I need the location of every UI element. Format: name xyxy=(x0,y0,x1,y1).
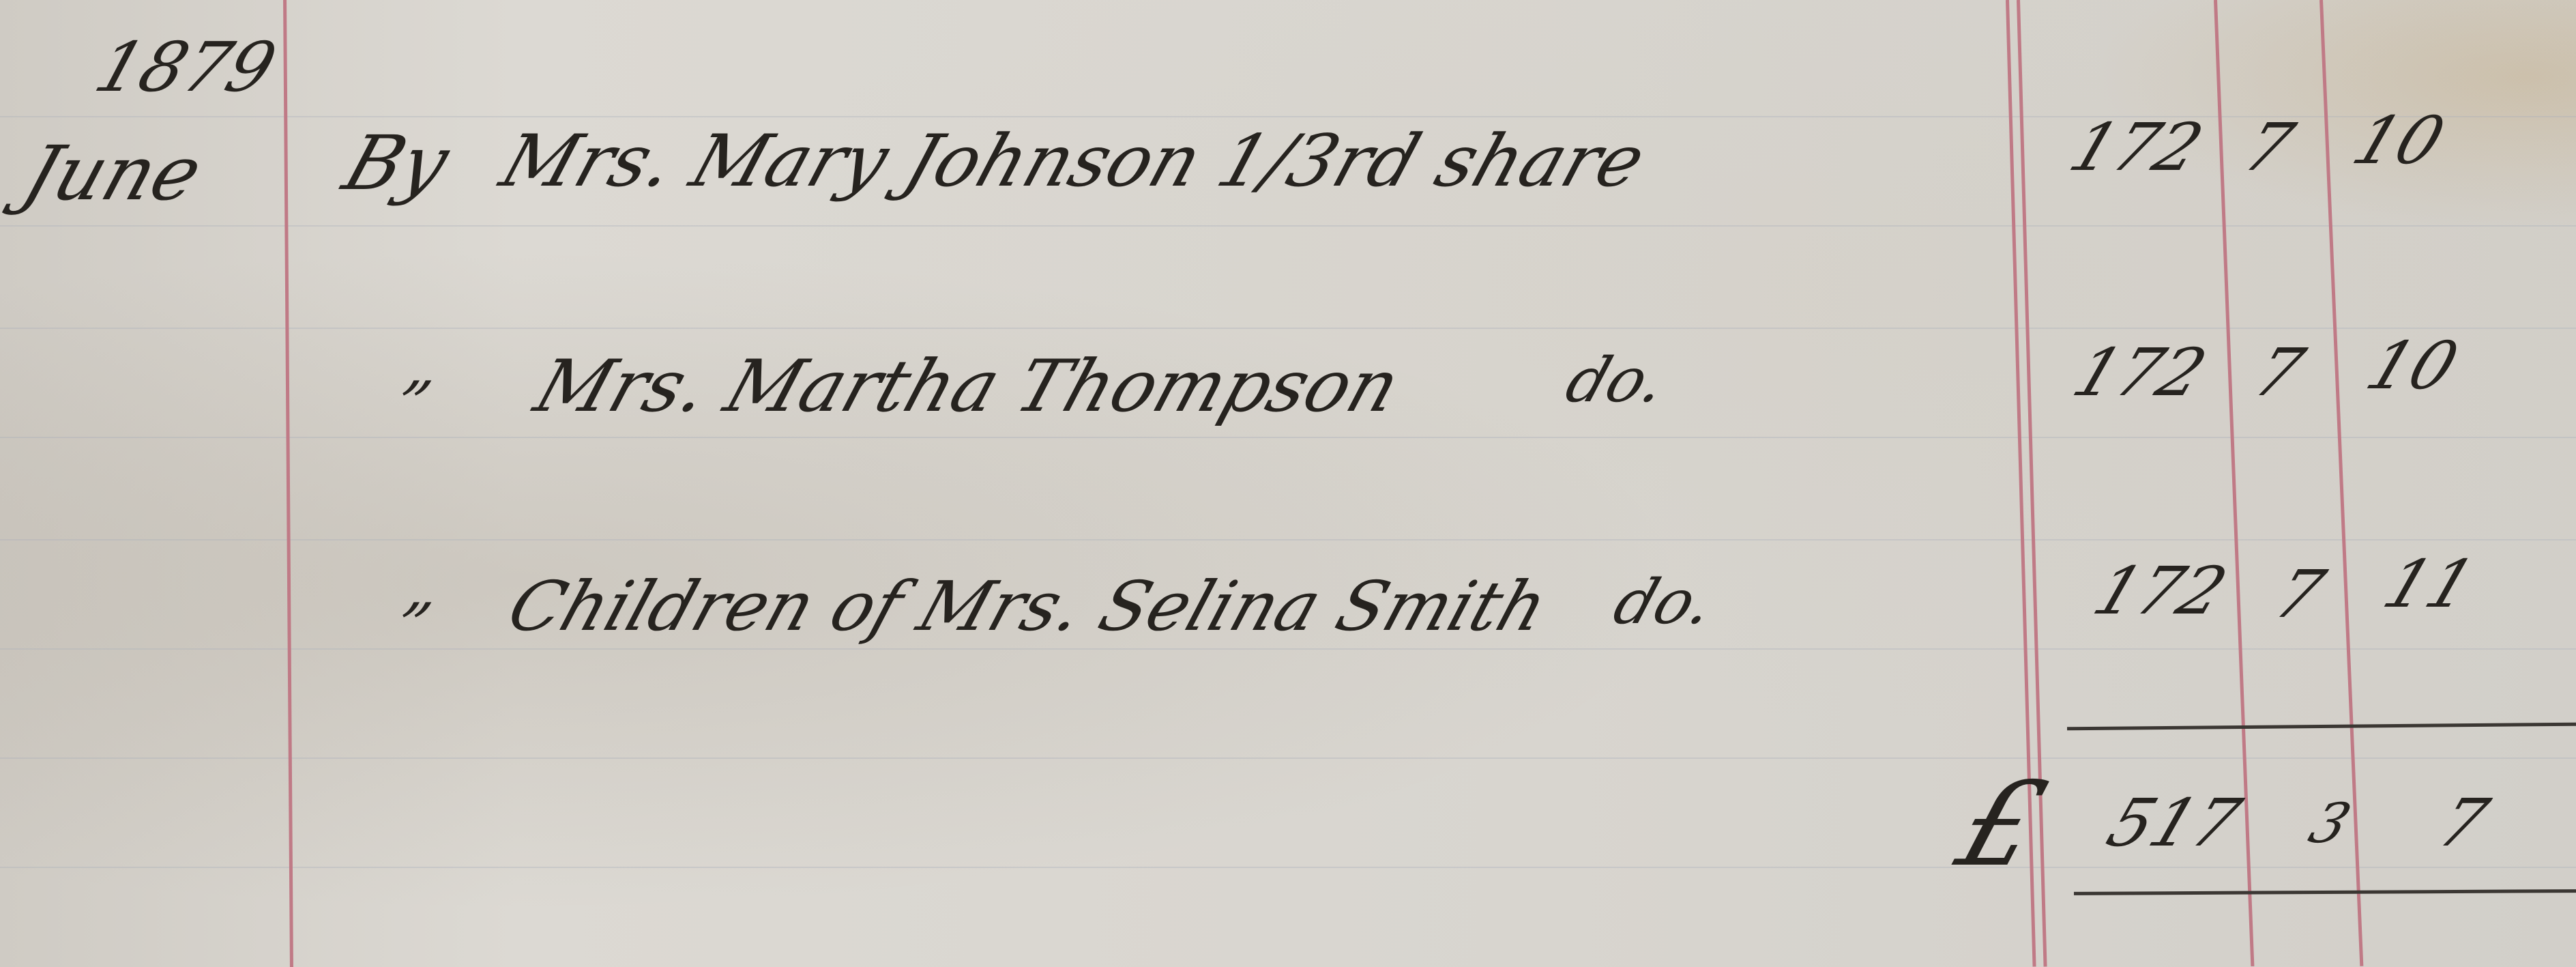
entry-shillings: 7 xyxy=(2265,556,2334,633)
total-pence: 7 xyxy=(2429,785,2498,861)
ruled-line xyxy=(0,328,2576,329)
entry-ditto-mark: ” xyxy=(384,590,439,662)
total-shillings: 3 xyxy=(2301,792,2359,855)
entry-ditto-mark: ” xyxy=(384,369,439,440)
total-rule-bottom xyxy=(2074,889,2576,895)
margin-month: June xyxy=(13,130,212,217)
entry-pence: 10 xyxy=(2357,328,2468,404)
total-rule-top xyxy=(2067,723,2576,731)
ruled-line xyxy=(0,867,2576,868)
entry-pounds: 172 xyxy=(2060,109,2213,186)
entry-description: Mrs. Martha Thompson xyxy=(525,345,1409,428)
ruled-line xyxy=(0,648,2576,650)
entry-ditto: do. xyxy=(1557,345,1675,416)
entry-pence: 11 xyxy=(2374,546,2485,622)
entry-shillings: 7 xyxy=(2234,109,2304,186)
ledger-page: 1879 June By Mrs. Mary Johnson 1/3rd sha… xyxy=(0,0,2576,967)
entry-description: Children of Mrs. Selina Smith xyxy=(499,566,1557,646)
entry-description: Mrs. Mary Johnson 1/3rd share xyxy=(491,119,1655,203)
total-pounds: 517 xyxy=(2098,785,2251,861)
margin-rule xyxy=(283,0,293,967)
entry-prefix: By xyxy=(334,119,460,207)
ruled-line xyxy=(0,225,2576,227)
entry-pence: 10 xyxy=(2343,102,2455,179)
entry-pounds: 172 xyxy=(2084,553,2237,629)
margin-year: 1879 xyxy=(86,27,286,107)
entry-ditto: do. xyxy=(1605,566,1723,638)
entry-pounds: 172 xyxy=(2064,334,2216,411)
ruled-line xyxy=(0,539,2576,540)
ruled-line xyxy=(0,757,2576,759)
entry-shillings: 7 xyxy=(2244,334,2314,411)
